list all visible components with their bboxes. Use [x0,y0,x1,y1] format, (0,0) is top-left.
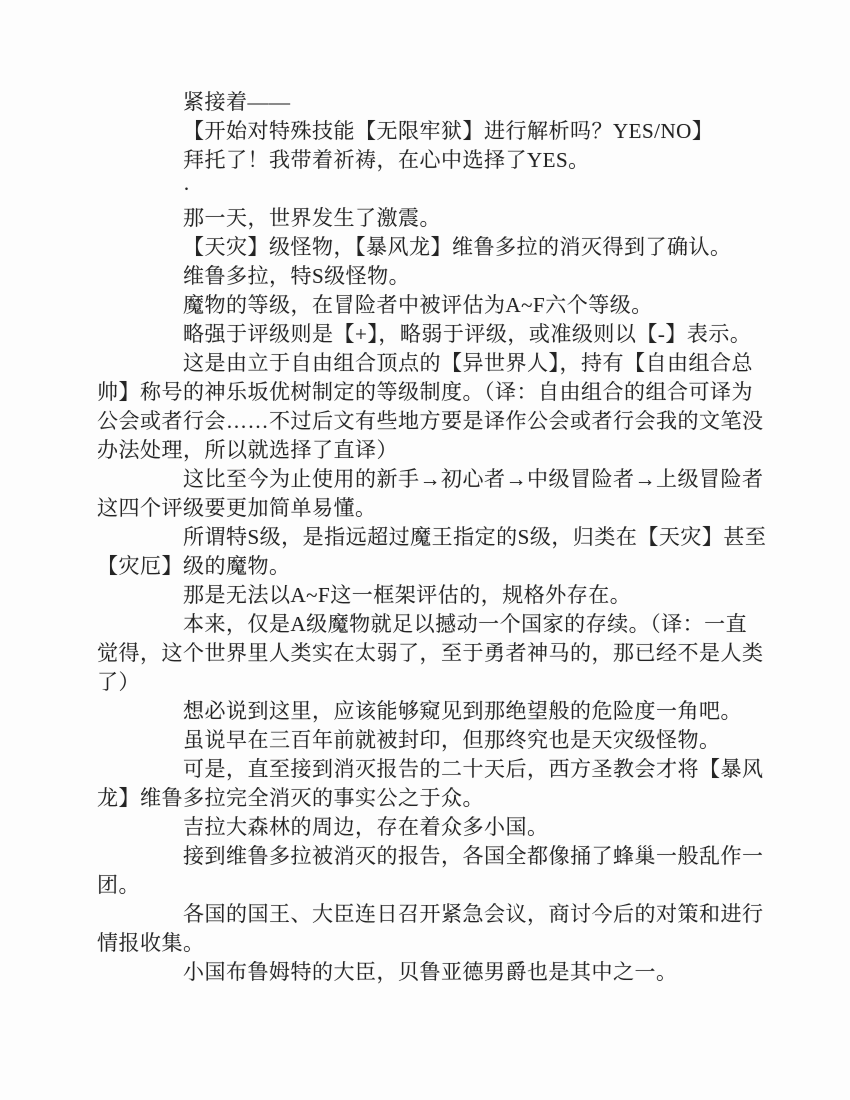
paragraph: 小国布鲁姆特的大臣，贝鲁亚德男爵也是其中之一。 [97,958,767,987]
paragraph: 紧接着—— [97,88,767,117]
document-text: 紧接着——【开始对特殊技能【无限牢狱】进行解析吗？YES/NO】拜托了！我带着祈… [97,88,767,987]
paragraph: 魔物的等级，在冒险者中被评估为A~F六个等级。 [97,291,767,320]
paragraph: 可是，直至接到消灭报告的二十天后，西方圣教会才将【暴风龙】维鲁多拉完全消灭的事实… [97,755,767,813]
document-page: 紧接着——【开始对特殊技能【无限牢狱】进行解析吗？YES/NO】拜托了！我带着祈… [0,0,850,1100]
paragraph: 维鲁多拉，特S级怪物。 [97,262,767,291]
paragraph: · [97,175,767,204]
paragraph: 【开始对特殊技能【无限牢狱】进行解析吗？YES/NO】 [97,117,767,146]
paragraph: 这比至今为止使用的新手→初心者→中级冒险者→上级冒险者这四个评级要更加简单易懂。 [97,465,767,523]
paragraph: 【天灾】级怪物，【暴风龙】维鲁多拉的消灭得到了确认。 [97,233,767,262]
paragraph: 那是无法以A~F这一框架评估的，规格外存在。 [97,581,767,610]
paragraph: 这是由立于自由组合顶点的【异世界人】，持有【自由组合总帅】称号的神乐坂优树制定的… [97,349,767,465]
paragraph: 想必说到这里，应该能够窥见到那绝望般的危险度一角吧。 [97,697,767,726]
paragraph: 拜托了！我带着祈祷，在心中选择了YES。 [97,146,767,175]
paragraph: 所谓特S级，是指远超过魔王指定的S级，归类在【天灾】甚至【灾厄】级的魔物。 [97,523,767,581]
paragraph: 各国的国王、大臣连日召开紧急会议，商讨今后的对策和进行情报收集。 [97,900,767,958]
paragraph: 略强于评级则是【+】，略弱于评级，或准级则以【-】表示。 [97,320,767,349]
paragraph: 接到维鲁多拉被消灭的报告，各国全都像捅了蜂巢一般乱作一团。 [97,842,767,900]
paragraph: 虽说早在三百年前就被封印，但那终究也是天灾级怪物。 [97,726,767,755]
paragraph: 本来，仅是A级魔物就足以撼动一个国家的存续。（译：一直觉得，这个世界里人类实在太… [97,610,767,697]
paragraph: 吉拉大森林的周边，存在着众多小国。 [97,813,767,842]
paragraph: 那一天，世界发生了激震。 [97,204,767,233]
